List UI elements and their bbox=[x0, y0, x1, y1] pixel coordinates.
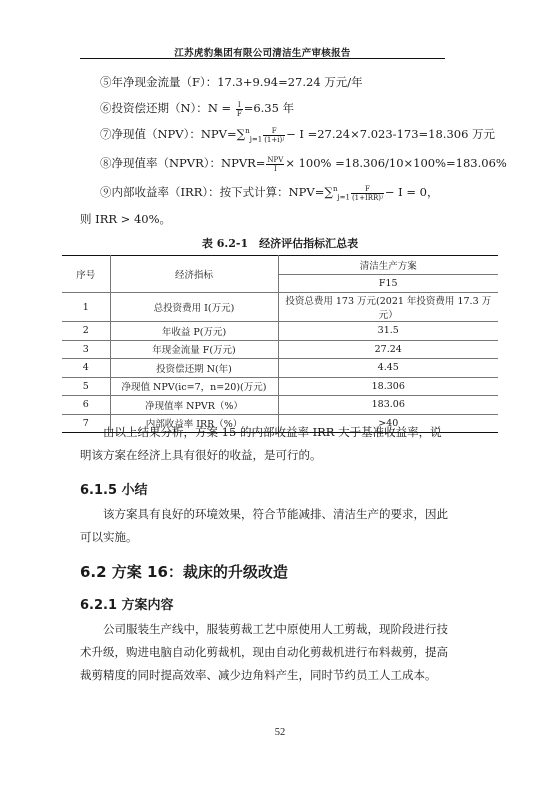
analysis-paragraph: 由以上结果分析，方案 15 的内部收益率 IRR 大于基准收益率，说明该方案在经… bbox=[80, 421, 452, 467]
heading-6-2: 6.2 方案 16：裁床的升级改造 bbox=[80, 561, 288, 582]
cell-value: 27.24 bbox=[278, 340, 498, 359]
heading-6-2-1: 6.2.1 方案内容 bbox=[80, 594, 174, 613]
cell-value: 投资总费用 173 万元(2021 年投资费用 17.3 万元） bbox=[278, 293, 498, 322]
formula-label: ⑦净现值（NPV）： bbox=[100, 127, 201, 141]
scheme-content-paragraph: 公司服装生产线中，服装剪裁工艺中原使用人工剪裁，现阶段进行技术升级，购进电脑自动… bbox=[80, 618, 452, 687]
cell-index: 1 bbox=[62, 293, 110, 322]
fraction-denominator: I bbox=[266, 165, 284, 173]
fraction-denominator: (1+i)ʲ bbox=[263, 136, 285, 144]
formula-lhs: NPV= bbox=[289, 185, 325, 199]
formula-label: ⑨内部收益率（IRR）：按下式计算： bbox=[100, 185, 289, 199]
formula-result: − I = 0， bbox=[385, 185, 439, 199]
page-number: 52 bbox=[0, 727, 560, 738]
heading-6-1-5: 6.1.5 小结 bbox=[80, 479, 148, 498]
fraction-numerator: I bbox=[236, 101, 243, 110]
formula-result: − I =27.24×7.023-173=18.306 万元 bbox=[286, 127, 495, 141]
running-header: 江苏虎豹集团有限公司清洁生产审核报告 bbox=[80, 45, 445, 59]
cell-value: 4.45 bbox=[278, 359, 498, 378]
cell-index: 4 bbox=[62, 359, 110, 378]
fraction-denominator: (1+IRR)ʲ bbox=[351, 194, 384, 202]
summation-symbol: ∑nj=1 bbox=[237, 127, 263, 141]
formula-label: ⑧净现值率（NPVR）： bbox=[100, 156, 221, 170]
cell-value: 18.306 bbox=[278, 377, 498, 396]
cell-index: 2 bbox=[62, 322, 110, 341]
table-header-row: 序号 经济指标 清洁生产方案 bbox=[62, 256, 498, 275]
table-row: 2 年收益 P(万元) 31.5 bbox=[62, 322, 498, 341]
fraction-numerator: NPV bbox=[266, 156, 284, 165]
summation-symbol: ∑nj=1 bbox=[324, 185, 350, 199]
formula-label: ⑤年净现金流量（F）： bbox=[100, 75, 217, 89]
cell-indicator: 年现金流量 F(万元) bbox=[110, 340, 278, 359]
document-page: 江苏虎豹集团有限公司清洁生产审核报告 ⑤年净现金流量（F）：17.3+9.94=… bbox=[0, 0, 560, 792]
cell-index: 5 bbox=[62, 377, 110, 396]
sum-lower: j=1 bbox=[337, 193, 350, 201]
cell-index: 3 bbox=[62, 340, 110, 359]
header-indicator: 经济指标 bbox=[110, 256, 278, 293]
header-rule bbox=[80, 58, 445, 59]
cell-indicator: 投资偿还期 N(年) bbox=[110, 359, 278, 378]
formula-npv: ⑦净现值（NPV）：NPV=∑nj=1F(1+i)ʲ− I =27.24×7.0… bbox=[100, 126, 495, 144]
formula-annual-net-cash-flow: ⑤年净现金流量（F）：17.3+9.94=27.24 万元/年 bbox=[100, 74, 363, 90]
cell-indicator: 净现值率 NPVR（%） bbox=[110, 396, 278, 415]
cell-index: 6 bbox=[62, 396, 110, 415]
fraction: F(1+i)ʲ bbox=[263, 127, 285, 144]
table-caption: 表 6.2-1 经济评估指标汇总表 bbox=[62, 235, 498, 251]
fraction-numerator: F bbox=[263, 127, 285, 136]
sigma-glyph: ∑ bbox=[237, 127, 246, 141]
sum-upper: n bbox=[333, 185, 338, 193]
sum-lower: j=1 bbox=[250, 135, 263, 143]
fraction: F(1+IRR)ʲ bbox=[351, 185, 384, 202]
fraction-numerator: F bbox=[351, 185, 384, 194]
cell-indicator: 年收益 P(万元) bbox=[110, 322, 278, 341]
formula-label: ⑥投资偿还期（N）： bbox=[100, 101, 208, 115]
sum-upper: n bbox=[245, 127, 250, 135]
formula-lhs: NPVR= bbox=[221, 156, 265, 170]
formula-irr: ⑨内部收益率（IRR）：按下式计算：NPV=∑nj=1F(1+IRR)ʲ− I … bbox=[100, 184, 439, 202]
cell-value: 31.5 bbox=[278, 322, 498, 341]
fraction: IF bbox=[236, 101, 243, 118]
table-row: 6 净现值率 NPVR（%） 183.06 bbox=[62, 396, 498, 415]
formula-npvr: ⑧净现值率（NPVR）：NPVR=NPVI× 100% =18.306/10×1… bbox=[100, 155, 507, 173]
header-scheme: F15 bbox=[278, 274, 498, 293]
formula-expression: 17.3+9.94=27.24 万元/年 bbox=[217, 75, 362, 89]
summary-paragraph: 该方案具有良好的环境效果，符合节能减排、清洁生产的要求，因此可以实施。 bbox=[80, 503, 452, 549]
formula-payback-period: ⑥投资偿还期（N）：N = IF=6.35 年 bbox=[100, 100, 294, 118]
irr-conclusion: 则 IRR > 40%。 bbox=[80, 211, 171, 227]
fraction-denominator: F bbox=[236, 110, 243, 118]
formula-result: =6.35 年 bbox=[244, 101, 294, 115]
table-row: 3 年现金流量 F(万元) 27.24 bbox=[62, 340, 498, 359]
table-row: 1 总投资费用 I(万元) 投资总费用 173 万元(2021 年投资费用 17… bbox=[62, 293, 498, 322]
formula-lhs: N = bbox=[208, 101, 235, 115]
formula-lhs: NPV= bbox=[201, 127, 237, 141]
table-row: 4 投资偿还期 N(年) 4.45 bbox=[62, 359, 498, 378]
formula-result: × 100% =18.306/10×100%=183.06% bbox=[285, 156, 507, 170]
cell-indicator: 净现值 NPV(ic=7，n=20)(万元) bbox=[110, 377, 278, 396]
header-index: 序号 bbox=[62, 256, 110, 293]
sigma-glyph: ∑ bbox=[324, 185, 333, 199]
header-scheme-group: 清洁生产方案 bbox=[278, 256, 498, 275]
economic-indicators-table: 序号 经济指标 清洁生产方案 F15 1 总投资费用 I(万元) 投资总费用 1… bbox=[62, 255, 498, 433]
table-row: 5 净现值 NPV(ic=7，n=20)(万元) 18.306 bbox=[62, 377, 498, 396]
fraction: NPVI bbox=[266, 156, 284, 173]
cell-indicator: 总投资费用 I(万元) bbox=[110, 293, 278, 322]
cell-value: 183.06 bbox=[278, 396, 498, 415]
